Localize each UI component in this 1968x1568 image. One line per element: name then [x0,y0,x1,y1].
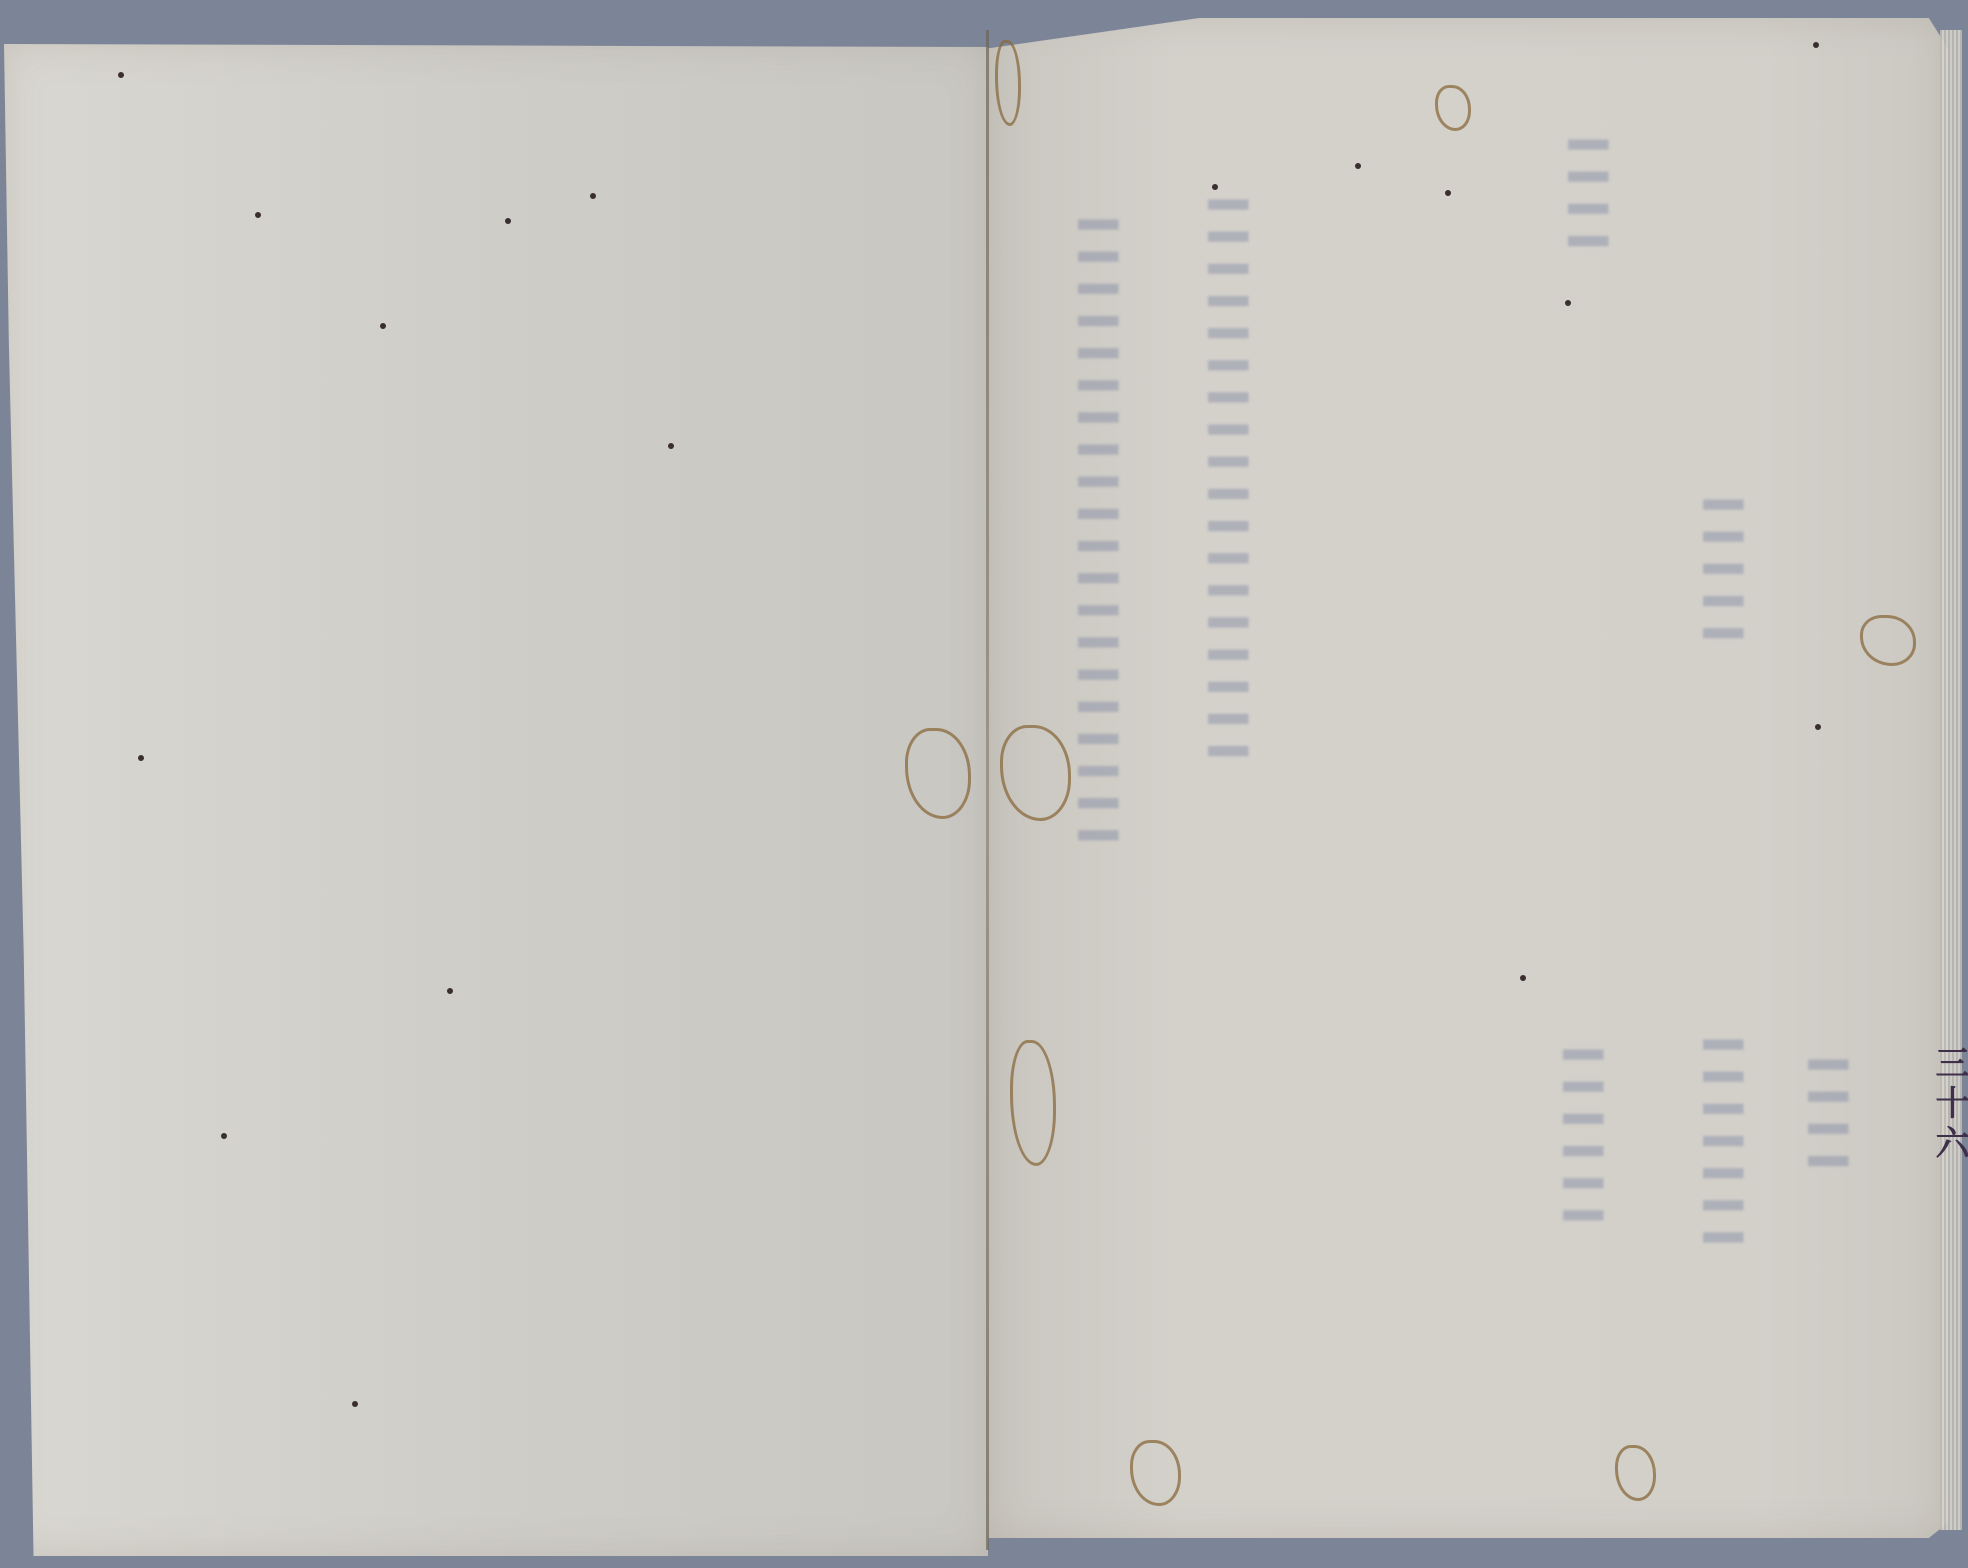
left-page [4,44,988,1556]
worm-hole [352,1401,358,1407]
worm-hole [1813,42,1819,48]
worm-hole [1212,184,1218,190]
show-through-column: ▍▍▍▍ [1565,140,1601,360]
worm-hole [668,443,674,449]
page-number: 三十六 [1925,1045,1968,1165]
show-through-column: ▍▍▍▍▍▍▍ [1700,1040,1736,1440]
show-through-column: ▍▍▍▍▍▍ [1560,1050,1596,1400]
worm-hole [380,323,386,329]
worm-hole [255,212,261,218]
worm-hole [590,193,596,199]
worm-damage [995,40,1021,126]
worm-hole [1445,190,1451,196]
worm-hole [1565,300,1571,306]
worm-hole [505,218,511,224]
worm-hole [447,988,453,994]
worm-hole [1815,724,1821,730]
show-through-column: ▍▍▍▍▍▍▍▍▍▍▍▍▍▍▍▍▍▍ [1205,200,1241,1100]
worm-hole [1355,163,1361,169]
worm-hole [118,72,124,78]
worm-hole [138,755,144,761]
show-through-column: ▍▍▍▍ [1805,1060,1841,1320]
show-through-column: ▍▍▍▍▍ [1700,500,1736,800]
right-page [988,18,1948,1538]
spine-gutter [986,30,989,1550]
show-through-column: ▍▍▍▍▍▍▍▍▍▍▍▍▍▍▍▍▍▍▍▍ [1075,220,1111,1270]
worm-hole [1520,975,1526,981]
book-spread: ▍▍▍▍▍▍▍▍▍▍▍▍▍▍▍▍▍▍ ▍▍▍▍▍▍▍▍▍▍▍▍▍▍▍▍▍▍▍▍ … [0,0,1968,1568]
page-edge-stack [1940,30,1962,1530]
worm-hole [221,1133,227,1139]
